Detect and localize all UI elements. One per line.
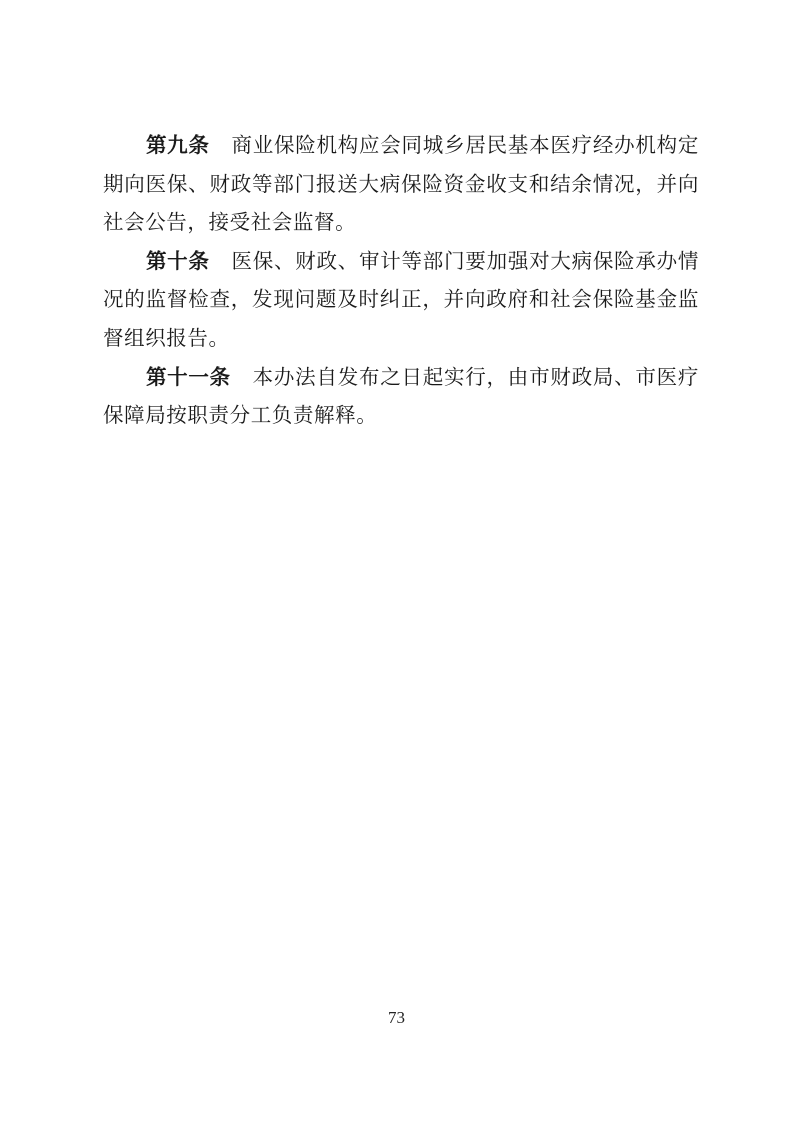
article-10-heading: 第十条 [146,249,209,273]
document-body: 第九条商业保险机构应会同城乡居民基本医疗经办机构定期向医保、财政等部门报送大病保… [103,126,699,435]
article-11-heading: 第十一条 [146,365,231,389]
article-9-heading: 第九条 [146,133,209,157]
page-number: 73 [0,1008,793,1028]
article-9-paragraph: 第九条商业保险机构应会同城乡居民基本医疗经办机构定期向医保、财政等部门报送大病保… [103,126,699,242]
article-10-paragraph: 第十条医保、财政、审计等部门要加强对大病保险承办情况的监督检查，发现问题及时纠正… [103,242,699,358]
article-11-paragraph: 第十一条本办法自发布之日起实行，由市财政局、市医疗保障局按职责分工负责解释。 [103,358,699,435]
